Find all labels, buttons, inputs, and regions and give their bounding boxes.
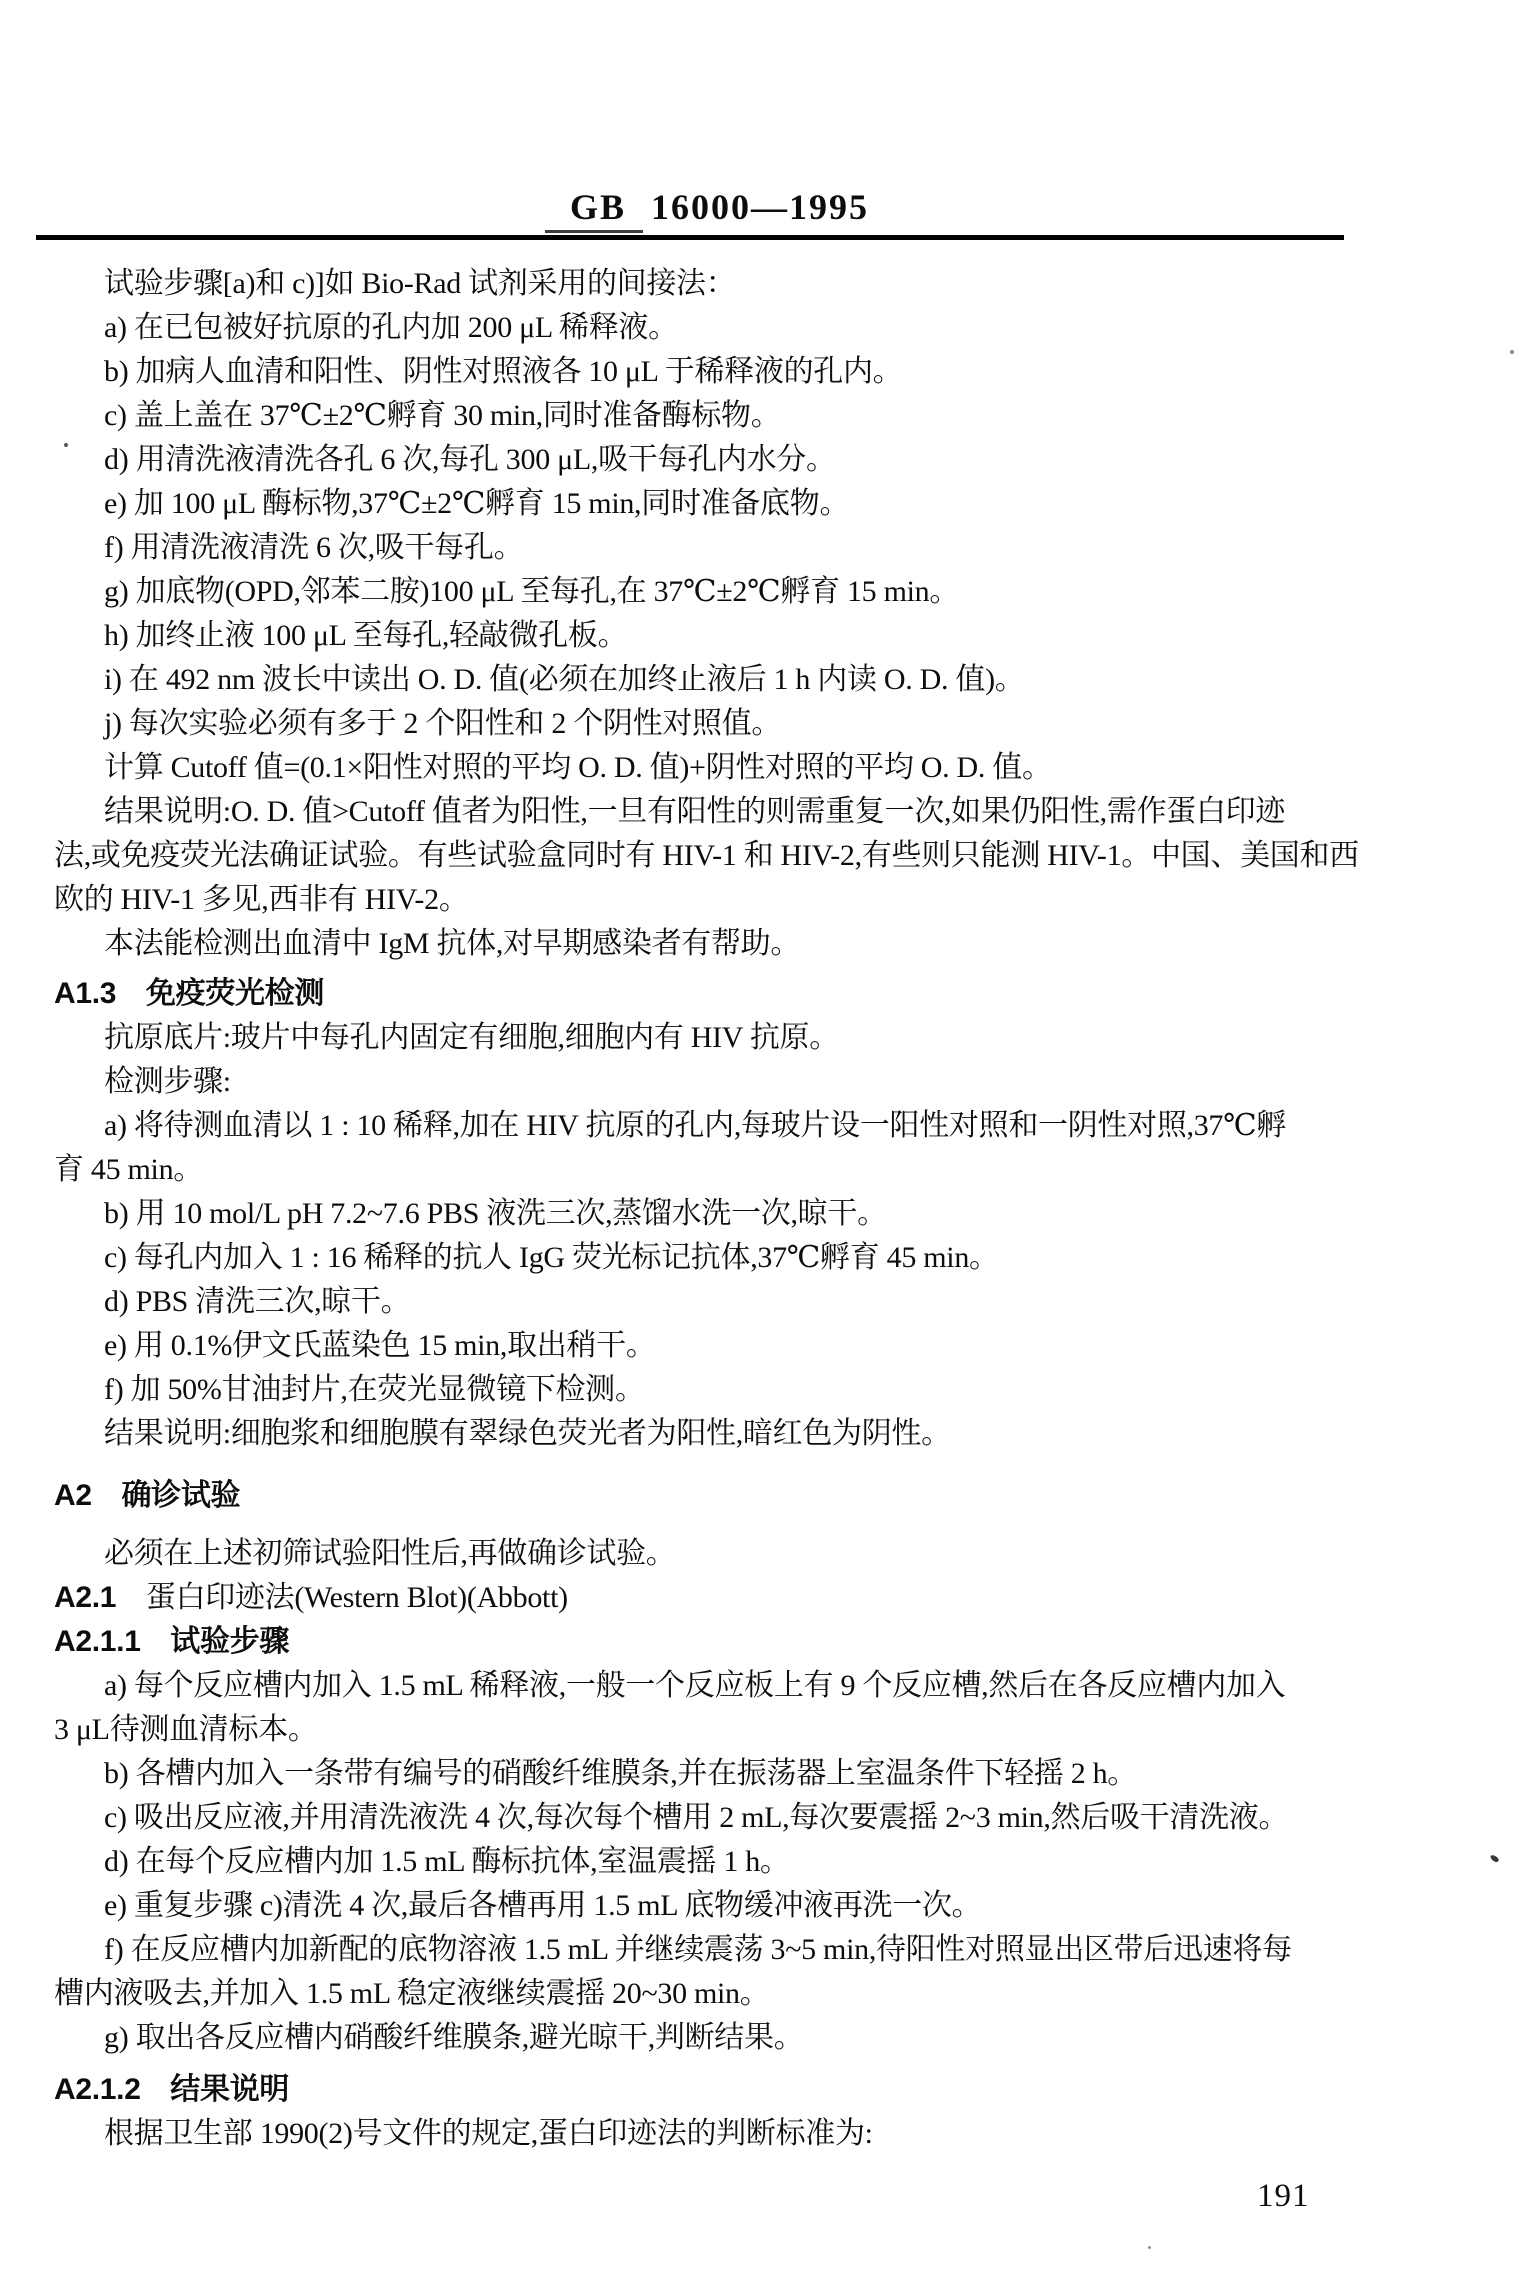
text-run: b) 用 10 mol/L pH 7.2~7.6 PBS 液洗三次,蒸馏水洗一次…: [104, 1197, 887, 1230]
page-header: GB 16000—1995: [570, 186, 869, 228]
text-line: a) 将待测血清以 1 : 10 稀释,加在 HIV 抗原的孔内,每玻片设一阳性…: [54, 1104, 1346, 1148]
text-run: a) 将待测血清以 1 : 10 稀释,加在 HIV 抗原的孔内,每玻片设一阳性…: [104, 1109, 1286, 1142]
text-run: e) 加 100 μL 酶标物,37℃±2℃孵育 15 min,同时准备底物。: [104, 487, 849, 520]
text-line: c) 盖上盖在 37℃±2℃孵育 30 min,同时准备酶标物。: [54, 394, 1346, 438]
scan-artifact-line: [545, 230, 643, 233]
text-run: g) 加底物(OPD,邻苯二胺)100 μL 至每孔,在 37℃±2℃孵育 15…: [104, 575, 959, 608]
standard-number: GB 16000—1995: [570, 187, 869, 227]
text-line: i) 在 492 nm 波长中读出 O. D. 值(必须在加终止液后 1 h 内…: [54, 658, 1346, 702]
text-run: a) 在已包被好抗原的孔内加 200 μL 稀释液。: [104, 311, 678, 344]
text-line: 检测步骤:: [54, 1060, 1346, 1104]
scan-speck: [1148, 2246, 1151, 2249]
text-run: b) 加病人血清和阳性、阴性对照液各 10 μL 于稀释液的孔内。: [104, 355, 902, 388]
text-line: g) 加底物(OPD,邻苯二胺)100 μL 至每孔,在 37℃±2℃孵育 15…: [54, 570, 1346, 614]
text-line: 法,或免疫荧光法确证试验。有些试验盒同时有 HIV-1 和 HIV-2,有些则只…: [54, 834, 1346, 878]
text-run: d) 用清洗液清洗各孔 6 次,每孔 300 μL,吸干每孔内水分。: [104, 443, 836, 476]
text-line: b) 用 10 mol/L pH 7.2~7.6 PBS 液洗三次,蒸馏水洗一次…: [54, 1192, 1346, 1236]
text-run: A2.1.2 结果说明: [54, 2073, 289, 2106]
text-line: j) 每次实验必须有多于 2 个阳性和 2 个阴性对照值。: [54, 702, 1346, 746]
text-line: c) 吸出反应液,并用清洗液洗 4 次,每次每个槽用 2 mL,每次要震摇 2~…: [54, 1796, 1346, 1840]
text-run: 法,或免疫荧光法确证试验。有些试验盒同时有 HIV-1 和 HIV-2,有些则只…: [54, 839, 1359, 872]
text-run: A2.1.1 试验步骤: [54, 1625, 289, 1658]
text-run: d) 在每个反应槽内加 1.5 mL 酶标抗体,室温震摇 1 h。: [104, 1845, 790, 1878]
text-run: f) 加 50%甘油封片,在荧光显微镜下检测。: [104, 1373, 645, 1406]
text-line: c) 每孔内加入 1 : 16 稀释的抗人 IgG 荧光标记抗体,37℃孵育 4…: [54, 1236, 1346, 1280]
text-line: 试验步骤[a)和 c)]如 Bio-Rad 试剂采用的间接法：: [54, 262, 1346, 306]
text-run: i) 在 492 nm 波长中读出 O. D. 值(必须在加终止液后 1 h 内…: [104, 663, 1025, 696]
text-run: g) 取出各反应槽内硝酸纤维膜条,避光晾干,判断结果。: [104, 2021, 803, 2054]
scan-speck: [1489, 1854, 1499, 1863]
text-line: b) 加病人血清和阳性、阴性对照液各 10 μL 于稀释液的孔内。: [54, 350, 1346, 394]
text-run: c) 每孔内加入 1 : 16 稀释的抗人 IgG 荧光标记抗体,37℃孵育 4…: [104, 1241, 999, 1274]
text-line: 结果说明:细胞浆和细胞膜有翠绿色荧光者为阳性,暗红色为阴性。: [54, 1412, 1346, 1456]
text-line: b) 各槽内加入一条带有编号的硝酸纤维膜条,并在振荡器上室温条件下轻摇 2 h。: [54, 1752, 1346, 1796]
text-run: 3 μL待测血清标本。: [54, 1713, 318, 1746]
section-heading: A2 确诊试验: [54, 1474, 1346, 1518]
text-run: 必须在上述初筛试验阳性后,再做确诊试验。: [104, 1537, 676, 1570]
text-line: 必须在上述初筛试验阳性后,再做确诊试验。: [54, 1532, 1346, 1576]
text-run: c) 吸出反应液,并用清洗液洗 4 次,每次每个槽用 2 mL,每次要震摇 2~…: [104, 1801, 1288, 1834]
document-body: 试验步骤[a)和 c)]如 Bio-Rad 试剂采用的间接法：a) 在已包被好抗…: [54, 262, 1346, 2156]
text-run: 结果说明:O. D. 值>Cutoff 值者为阳性,一旦有阳性的则需重复一次,如…: [104, 795, 1285, 828]
text-run: 检测步骤:: [104, 1065, 231, 1098]
text-run: 试验步骤[a)和 c)]如 Bio-Rad 试剂采用的间接法：: [104, 267, 735, 300]
text-run: 计算 Cutoff 值=(0.1×阳性对照的平均 O. D. 值)+阴性对照的平…: [104, 751, 1052, 784]
page-number: 191: [1257, 2178, 1310, 2215]
text-run: A2 确诊试验: [54, 1479, 240, 1512]
text-line: e) 重复步骤 c)清洗 4 次,最后各槽再用 1.5 mL 底物缓冲液再洗一次…: [54, 1884, 1346, 1928]
text-line: g) 取出各反应槽内硝酸纤维膜条,避光晾干,判断结果。: [54, 2016, 1346, 2060]
text-line: 结果说明:O. D. 值>Cutoff 值者为阳性,一旦有阳性的则需重复一次,如…: [54, 790, 1346, 834]
text-run: h) 加终止液 100 μL 至每孔,轻敲微孔板。: [104, 619, 627, 652]
section-heading: A2.1.1 试验步骤: [54, 1620, 1346, 1664]
text-run: 槽内液吸去,并加入 1.5 mL 稳定液继续震摇 20~30 min。: [54, 1977, 769, 2010]
text-run: a) 每个反应槽内加入 1.5 mL 稀释液,一般一个反应板上有 9 个反应槽,…: [104, 1669, 1285, 1702]
text-line: 根据卫生部 1990(2)号文件的规定,蛋白印迹法的判断标准为:: [54, 2112, 1346, 2156]
scan-speck: [64, 443, 68, 447]
scanned-document-page: GB 16000—1995 试验步骤[a)和 c)]如 Bio-Rad 试剂采用…: [0, 0, 1536, 2285]
text-run: d) PBS 清洗三次,晾干。: [104, 1285, 410, 1318]
text-line: 3 μL待测血清标本。: [54, 1708, 1346, 1752]
text-run: f) 用清洗液清洗 6 次,吸干每孔。: [104, 531, 523, 564]
text-run: 欧的 HIV-1 多见,西非有 HIV-2。: [54, 883, 469, 916]
text-line: 欧的 HIV-1 多见,西非有 HIV-2。: [54, 878, 1346, 922]
section-heading: A1.3 免疫荧光检测: [54, 972, 1346, 1016]
text-line: 抗原底片:玻片中每孔内固定有细胞,细胞内有 HIV 抗原。: [54, 1016, 1346, 1060]
text-run: e) 用 0.1%伊文氏蓝染色 15 min,取出稍干。: [104, 1329, 656, 1362]
text-run: f) 在反应槽内加新配的底物溶液 1.5 mL 并继续震荡 3~5 min,待阳…: [104, 1933, 1292, 1966]
heading-number: A2.1: [54, 1581, 116, 1614]
section-heading: A2.1 蛋白印迹法(Western Blot)(Abbott): [54, 1576, 1346, 1620]
text-line: d) 在每个反应槽内加 1.5 mL 酶标抗体,室温震摇 1 h。: [54, 1840, 1346, 1884]
text-run: b) 各槽内加入一条带有编号的硝酸纤维膜条,并在振荡器上室温条件下轻摇 2 h。: [104, 1757, 1137, 1790]
text-run: c) 盖上盖在 37℃±2℃孵育 30 min,同时准备酶标物。: [104, 399, 780, 432]
scan-speck: [1510, 350, 1514, 354]
text-line: e) 加 100 μL 酶标物,37℃±2℃孵育 15 min,同时准备底物。: [54, 482, 1346, 526]
text-run: A1.3 免疫荧光检测: [54, 977, 324, 1010]
text-line: e) 用 0.1%伊文氏蓝染色 15 min,取出稍干。: [54, 1324, 1346, 1368]
text-line: 槽内液吸去,并加入 1.5 mL 稳定液继续震摇 20~30 min。: [54, 1972, 1346, 2016]
text-run: 蛋白印迹法(Western Blot)(Abbott): [116, 1581, 568, 1614]
text-line: 计算 Cutoff 值=(0.1×阳性对照的平均 O. D. 值)+阴性对照的平…: [54, 746, 1346, 790]
text-line: h) 加终止液 100 μL 至每孔,轻敲微孔板。: [54, 614, 1346, 658]
text-run: 育 45 min。: [54, 1153, 203, 1186]
header-rule: [36, 235, 1344, 240]
text-line: a) 在已包被好抗原的孔内加 200 μL 稀释液。: [54, 306, 1346, 350]
text-run: 本法能检测出血清中 IgM 抗体,对早期感染者有帮助。: [104, 927, 800, 960]
text-line: 育 45 min。: [54, 1148, 1346, 1192]
text-line: f) 在反应槽内加新配的底物溶液 1.5 mL 并继续震荡 3~5 min,待阳…: [54, 1928, 1346, 1972]
text-line: d) PBS 清洗三次,晾干。: [54, 1280, 1346, 1324]
text-run: e) 重复步骤 c)清洗 4 次,最后各槽再用 1.5 mL 底物缓冲液再洗一次…: [104, 1889, 981, 1922]
text-run: j) 每次实验必须有多于 2 个阳性和 2 个阴性对照值。: [104, 707, 781, 740]
text-run: 结果说明:细胞浆和细胞膜有翠绿色荧光者为阳性,暗红色为阴性。: [104, 1417, 951, 1450]
section-heading: A2.1.2 结果说明: [54, 2068, 1346, 2112]
text-line: d) 用清洗液清洗各孔 6 次,每孔 300 μL,吸干每孔内水分。: [54, 438, 1346, 482]
text-line: f) 加 50%甘油封片,在荧光显微镜下检测。: [54, 1368, 1346, 1412]
text-line: f) 用清洗液清洗 6 次,吸干每孔。: [54, 526, 1346, 570]
text-line: a) 每个反应槽内加入 1.5 mL 稀释液,一般一个反应板上有 9 个反应槽,…: [54, 1664, 1346, 1708]
text-run: 根据卫生部 1990(2)号文件的规定,蛋白印迹法的判断标准为:: [104, 2117, 873, 2150]
text-line: 本法能检测出血清中 IgM 抗体,对早期感染者有帮助。: [54, 922, 1346, 966]
text-run: 抗原底片:玻片中每孔内固定有细胞,细胞内有 HIV 抗原。: [104, 1021, 839, 1054]
